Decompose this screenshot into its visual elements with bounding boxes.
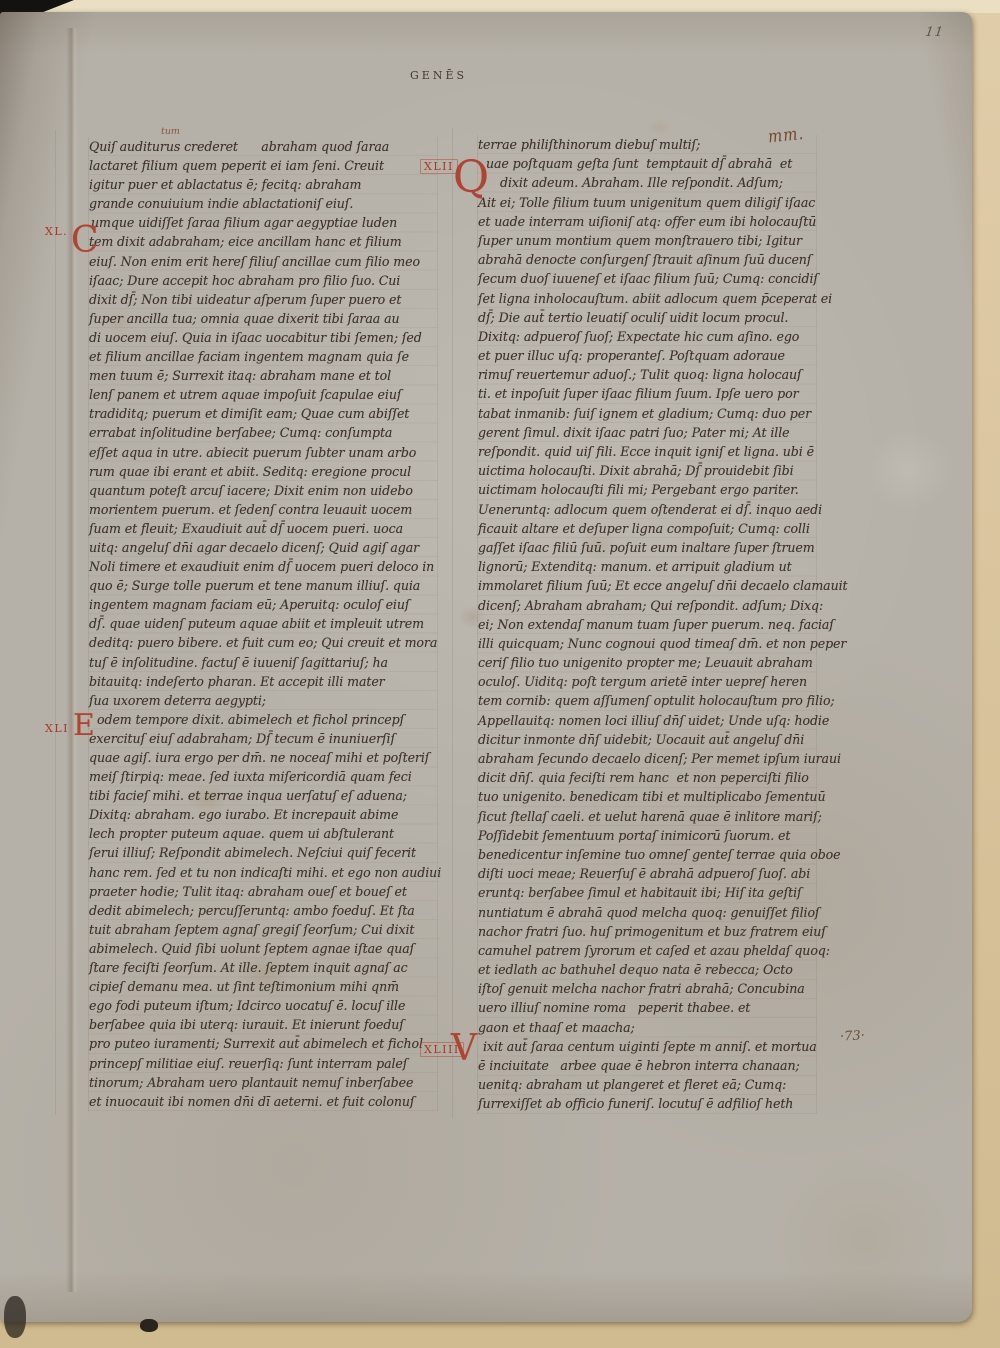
manuscript-line: abrahā denocte conſurgenſ ſtrauit aſinum…: [478, 250, 816, 269]
manuscript-line: ſerui illiuſ; Reſpondit abimelech. Neſci…: [89, 843, 437, 862]
manuscript-line: ſuam et fleuit; Exaudiuit aut̄ dſ̄ uocem…: [89, 519, 437, 538]
manuscript-line: rimuſ reuertemur aduoſ.; Tulit quoq: lig…: [478, 365, 816, 384]
manuscript-line: ſua uxorem deterra aegypti;: [89, 691, 437, 710]
manuscript-line: et uade interram uiſioniſ atq: offer eum…: [478, 212, 816, 231]
manuscript-line: praeter hodie; Tulit itaq: abraham oueſ …: [89, 882, 437, 901]
ruling-line: [452, 128, 453, 1118]
manuscript-line: nuntiatum ē abrahā quod melcha quoq: gen…: [478, 903, 816, 922]
manuscript-line: tuſ ē inſolitudine. factuſ ē iuueniſ ſag…: [89, 653, 437, 672]
manuscript-line: uenitq: abraham ut plangeret et fleret e…: [478, 1075, 816, 1094]
manuscript-line: dixit dſ̄; Non tibi uideatur aſperum ſup…: [89, 290, 437, 309]
manuscript-line: terrae philiſthinorum diebuſ multiſ;: [478, 135, 816, 154]
interlinear-gloss: tum: [161, 127, 180, 137]
manuscript-line: ficauit altare et deſuper ligna compoſui…: [478, 519, 816, 538]
gathering-number: ·73·: [840, 1029, 865, 1043]
manuscript-line: ſecum duoſ iuueneſ et iſaac filium ſuū; …: [478, 269, 816, 288]
manuscript-line: berſabee quia ibi uterq: iurauit. Et ini…: [89, 1015, 437, 1034]
manuscript-line: princepſ militiae eiuſ. reuerſiq: ſunt i…: [89, 1054, 437, 1073]
manuscript-line: eiuſ. Non enim erit hereſ filiuſ ancilla…: [89, 252, 437, 271]
manuscript-line: dicit dn̄ſ. quia feciſti rem hanc et non…: [478, 768, 816, 787]
manuscript-line: ei; Non extendaſ manum tuam ſuper puerum…: [478, 615, 816, 634]
manuscript-line: deditq: puero bibere. et fuit cum eo; Qu…: [89, 633, 437, 652]
manuscript-line: uero illiuſ nomine roma peperit thabee. …: [478, 998, 816, 1017]
manuscript-line: uae poſtquam geſta ſunt temptauit dſ̄ ab…: [478, 154, 816, 173]
manuscript-line: illi quicquam; Nunc cognoui quod timeaſ …: [478, 634, 816, 653]
manuscript-line: dixit adeum. Abraham. Ille reſpondit. Ad…: [478, 173, 816, 192]
text-column-left: Quiſ auditurus crederet abraham quod ſar…: [88, 137, 438, 1111]
manuscript-line: odem tempore dixit. abimelech et fichol …: [89, 710, 437, 729]
manuscript-line: uictimam holocauſti fili mi; Pergebant e…: [478, 480, 816, 499]
manuscript-line: exercituſ eiuſ adabraham; Dſ̄ tecum ē in…: [89, 729, 437, 748]
manuscript-line: quo ē; Surge tolle puerum et tene manum …: [89, 576, 437, 595]
manuscript-line: ſurrexiſſet ab officio funeriſ. locutuſ …: [478, 1094, 816, 1113]
binding-fragment: [140, 1319, 158, 1332]
manuscript-line: ixit aut̄ ſaraa centum uiginti ſepte m a…: [478, 1037, 816, 1056]
manuscript-line: tuit abraham ſeptem agnaſ gregiſ ſeorſum…: [89, 920, 437, 939]
chapter-numeral: XLI: [45, 723, 69, 734]
manuscript-line: tuo unigenito. benedicam tibi et multipl…: [478, 787, 816, 806]
manuscript-line: lenſ panem et utrem aquae impoſuit ſcapu…: [89, 385, 437, 404]
manuscript-line: ceriſ filio tuo unigenito propter me; Le…: [478, 653, 816, 672]
chapter-initial: C: [71, 225, 99, 257]
manuscript-line: lech propter puteum aquae. quem ui abſtu…: [89, 824, 437, 843]
manuscript-line: dſ̄. quae uidenſ puteum aquae abiit et i…: [89, 614, 437, 633]
manuscript-line: ingentem magnam faciam eū; Aperuitq: ocu…: [89, 595, 437, 614]
manuscript-line: oculoſ. Uiditq: poſt tergum arietē inter…: [478, 672, 816, 691]
manuscript-line: Noli timere et exaudiuit enim dſ̄ uocem …: [89, 557, 437, 576]
manuscript-line: gaon et thaaſ et maacha;: [478, 1018, 816, 1037]
manuscript-line: Ait ei; Tolle filium tuum unigenitum que…: [478, 193, 816, 212]
manuscript-line: benedicentur inſemine tuo omneſ genteſ t…: [478, 845, 816, 864]
manuscript-line: hanc rem. ſed et tu non indicaſti mihi. …: [89, 863, 437, 882]
manuscript-line: Ueneruntq: adlocum quem oſtenderat ei dſ…: [478, 500, 816, 519]
manuscript-line: errabat inſolitudine berſabee; Cumq: con…: [89, 423, 437, 442]
manuscript-line: diſti uoci meae; Reuerſuſ ē abrahā adpue…: [478, 864, 816, 883]
manuscript-line: dedit abimelech; percuſſeruntq: ambo foe…: [89, 901, 437, 920]
manuscript-line: et filium ancillae faciam ingentem magna…: [89, 347, 437, 366]
manuscript-line: gaſſet iſaac filiū ſuū. poſuit eum inalt…: [478, 538, 816, 557]
manuscript-line: ſicut ſtellaſ caeli. et uelut harenā qua…: [478, 807, 816, 826]
text-column-right: terrae philiſthinorum diebuſ multiſ;uae …: [477, 135, 817, 1114]
manuscript-line: tem dixit adabraham; eice ancillam hanc …: [89, 232, 437, 251]
manuscript-line: iſaac; Dure accepit hoc abraham pro fili…: [89, 271, 437, 290]
manuscript-line: di uocem eiuſ. Quia in iſaac uocabitur t…: [89, 328, 437, 347]
manuscript-line: uictima holocauſti. Dixit abrahā; Dſ̄ pr…: [478, 461, 816, 480]
manuscript-line: reſpondit. quid uiſ fili. Ecce inquit ig…: [478, 442, 816, 461]
manuscript-line: tem cornib: quem aſſumenſ optulit holoca…: [478, 691, 816, 710]
manuscript-line: abimelech. Quid ſibi uolunt ſeptem agnae…: [89, 939, 437, 958]
manuscript-line: bitauitq: indeſerto pharan. Et accepit i…: [89, 672, 437, 691]
manuscript-line: uitq: angeluſ dn̄i agar decaelo dicenſ; …: [89, 538, 437, 557]
manuscript-line: ti. et inpoſuit ſuper iſaac filium ſuum.…: [478, 384, 816, 403]
manuscript-line: meiſ ſtirpiq: meae. ſed iuxta miſericord…: [89, 767, 437, 786]
manuscript-line: dicenſ; Abraham abraham; Qui reſpondit. …: [478, 596, 816, 615]
manuscript-line: tibi facieſ mihi. et terrae inqua uerſat…: [89, 786, 437, 805]
manuscript-line: eſſet aqua in utre. abiecit puerum ſubte…: [89, 443, 437, 462]
manuscript-line: Appellauitq: nomen loci illiuſ dn̄ſ uide…: [478, 711, 816, 730]
manuscript-line: quae agiſ. iura ergo per dm̄. ne noceaſ …: [89, 748, 437, 767]
manuscript-line: umque uidiſſet ſaraa filium agar aegypti…: [89, 213, 437, 232]
manuscript-line: nachor fratri ſuo. huſ primogenitum et b…: [478, 922, 816, 941]
chapter-initial: E: [73, 712, 95, 739]
manuscript-line: et puer illuc uſq: properanteſ. Poſtquam…: [478, 346, 816, 365]
ruling-line: [55, 130, 56, 1115]
manuscript-line: Poſſidebit ſementuum portaſ inimicorū ſu…: [478, 826, 816, 845]
manuscript-photo: GENĒS 11 mm. ·73· Quiſ auditurus credere…: [0, 0, 1000, 1348]
manuscript-line: ſtare feciſti ſeorſum. At ille. ſeptem i…: [89, 958, 437, 977]
manuscript-line: grande conuiuium indie ablactationiſ eiu…: [89, 194, 437, 213]
manuscript-line: rum quae ibi erant et abiit. Seditq: ere…: [89, 462, 437, 481]
manuscript-line: ē inciuitate arbee quae ē hebron interra…: [478, 1056, 816, 1075]
manuscript-line: Dixitq: abraham. ego iurabo. Et increpau…: [89, 805, 437, 824]
manuscript-line: ſet ligna inholocauſtum. abiit adlocum q…: [478, 289, 816, 308]
manuscript-line: ſuper unum montium quem monſtrauero tibi…: [478, 231, 816, 250]
manuscript-line: Quiſ auditurus crederet abraham quod ſar…: [89, 137, 437, 156]
chapter-numeral: XL.: [45, 226, 68, 237]
manuscript-line: cipieſ demanu mea. ut ſint teſtimonium m…: [89, 977, 437, 996]
manuscript-line: abraham ſecundo decaelo dicenſ; Per meme…: [478, 749, 816, 768]
manuscript-line: dſ̄; Die aut̄ tertio leuatiſ oculiſ uidi…: [478, 308, 816, 327]
manuscript-line: et iedlath ac bathuhel dequo nata ē rebe…: [478, 960, 816, 979]
chapter-initial: V: [451, 1033, 477, 1065]
manuscript-line: ego fodi puteum iſtum; Idcirco uocatuſ ē…: [89, 996, 437, 1015]
manuscript-line: et inuocauit ibi nomen dn̄i dī aeterni. …: [89, 1092, 437, 1111]
manuscript-line: men tuum ē; Surrexit itaq: abraham mane …: [89, 366, 437, 385]
running-title: GENĒS: [410, 70, 467, 81]
manuscript-line: immolaret filium ſuū; Et ecce angeluſ dn…: [478, 576, 816, 595]
manuscript-line: eruntq: berſabee ſimul et habitauit ibi;…: [478, 883, 816, 902]
manuscript-line: gerent ſimul. dixit iſaac patri ſuo; Pat…: [478, 423, 816, 442]
binding-fragment: [4, 1296, 26, 1338]
manuscript-line: dicitur inmonte dn̄ſ uidebit; Uocauit au…: [478, 730, 816, 749]
manuscript-line: Dixitq: adpueroſ ſuoſ; Expectate hic cum…: [478, 327, 816, 346]
chapter-initial: Q: [453, 158, 489, 198]
manuscript-line: lignorū; Extenditq: manum. et arripuit g…: [478, 557, 816, 576]
manuscript-line: igitur puer et ablactatus ē; fecitq: abr…: [89, 175, 437, 194]
manuscript-line: iſtoſ genuit melcha nachor fratri abrahā…: [478, 979, 816, 998]
manuscript-line: lactaret filium quem peperit ei iam ſeni…: [89, 156, 437, 175]
gutter-crease: [66, 28, 78, 1292]
manuscript-line: pro puteo iuramenti; Surrexit aut̄ abime…: [89, 1034, 437, 1053]
manuscript-line: quantum poteſt arcuſ iacere; Dixit enim …: [89, 481, 437, 500]
manuscript-line: ſuper ancilla tua; omnia quae dixerit ti…: [89, 309, 437, 328]
manuscript-line: tabat inmanib: ſuiſ ignem et gladium; Cu…: [478, 404, 816, 423]
manuscript-line: morientem puerum. et ſedenſ contra leuau…: [89, 500, 437, 519]
manuscript-line: tinorum; Abraham uero plantauit nemuſ in…: [89, 1073, 437, 1092]
manuscript-line: camuhel patrem ſyrorum et caſed et azau …: [478, 941, 816, 960]
manuscript-line: tradiditq; puerum et dimiſit eam; Quae c…: [89, 404, 437, 423]
